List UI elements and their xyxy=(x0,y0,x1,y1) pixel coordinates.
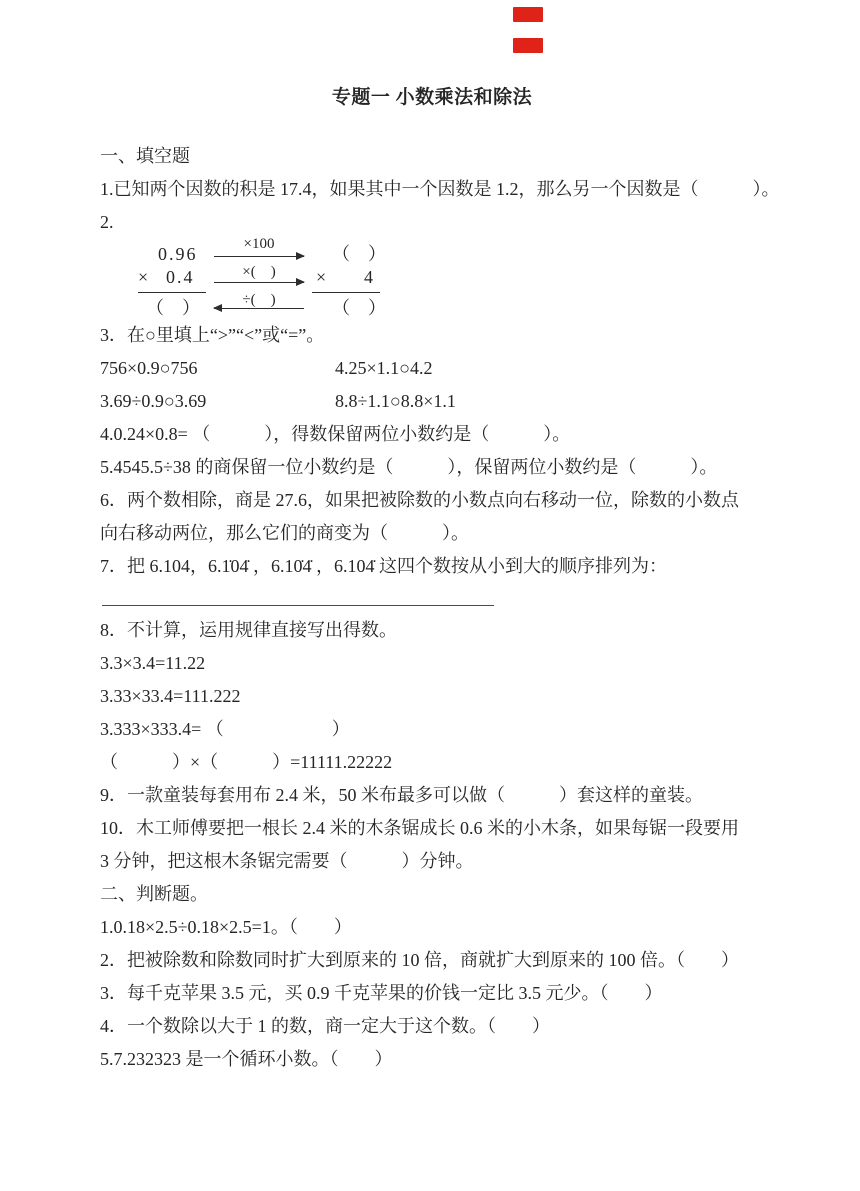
red-marker-bottom xyxy=(513,38,543,53)
diagram-left-rule xyxy=(138,292,206,293)
diagram-arrow3-label: ÷( ) xyxy=(211,293,307,307)
section-fill-heading: 一、填空题 xyxy=(100,140,764,173)
fill-question-9: 9．一款童装每套用布 2.4 米，50 米布最多可以做（ ）套这样的童装。 xyxy=(100,779,764,812)
diagram-right-multiply-sign: × xyxy=(316,270,326,284)
fill-question-1: 1.已知两个因数的积是 17.4，如果其中一个因数是 1.2，那么另一个因数是（… xyxy=(100,173,764,206)
fill-question-6-line1: 6．两个数相除，商是 27.6，如果把被除数的小数点向右移动一位，除数的小数点 xyxy=(100,484,764,517)
pattern-equation: 3.333×333.4= （ ） xyxy=(100,713,764,746)
diagram-multiplier: 0.4 xyxy=(166,270,195,284)
pattern-equation: 3.3×3.4=11.22 xyxy=(100,647,764,680)
comparison-item: 8.8÷1.1○8.8×1.1 xyxy=(335,385,456,418)
judge-question-3: 3．每千克苹果 3.5 元，买 0.9 千克苹果的价钱一定比 3.5 元少。（ … xyxy=(100,977,764,1010)
arrow-left-icon xyxy=(214,308,304,309)
page-title: 专题一 小数乘法和除法 xyxy=(100,86,764,110)
comparison-item: 756×0.9○756 xyxy=(100,352,335,385)
comparison-row: 3.69÷0.9○3.69 8.8÷1.1○8.8×1.1 xyxy=(100,385,764,418)
pattern-equation: （ ）×（ ）=11111.22222 xyxy=(100,746,764,779)
fill-question-2-label: 2. xyxy=(100,206,764,239)
fill-question-10-line2: 3 分钟，把这根木条锯完需要（ ）分钟。 xyxy=(100,845,764,878)
diagram-arrow1-label: ×100 xyxy=(211,237,307,251)
fill-question-4: 4.0.24×0.8= （ ），得数保留两位小数约是（ ）。 xyxy=(100,418,764,451)
judge-question-2: 2．把被除数和除数同时扩大到原来的 10 倍，商就扩大到原来的 100 倍。（ … xyxy=(100,944,764,977)
pattern-equation: 3.33×33.4=111.222 xyxy=(100,680,764,713)
arrow-right-icon xyxy=(214,256,304,257)
judge-question-5: 5.7.232323 是一个循环小数。（ ） xyxy=(100,1043,764,1076)
diagram-left-result-blank: （ ） xyxy=(146,301,200,315)
comparison-row: 756×0.9○756 4.25×1.1○4.2 xyxy=(100,352,764,385)
diagram-right-rule xyxy=(312,292,380,293)
red-marker-top xyxy=(513,7,543,22)
diagram-multiplicand: 0.96 xyxy=(158,247,198,261)
fill-question-8-head: 8．不计算，运用规律直接写出得数。 xyxy=(100,614,764,647)
fill-question-3-head: 3．在○里填上“>”“<”或“=”。 xyxy=(100,319,764,352)
comparison-item: 4.25×1.1○4.2 xyxy=(335,352,433,385)
fill-question-6-line2: 向右移动两位，那么它们的商变为（ ）。 xyxy=(100,517,764,550)
section-judge-heading: 二、判断题。 xyxy=(100,878,764,911)
arrow-right-icon xyxy=(214,282,304,283)
judge-question-1: 1.0.18×2.5÷0.18×2.5=1。（ ） xyxy=(100,911,764,944)
worksheet-page: 专题一 小数乘法和除法 一、填空题 1.已知两个因数的积是 17.4，如果其中一… xyxy=(0,0,860,1191)
question-2-diagram: 0.96 × 0.4 （ ） ×100 ×( ) ÷( ) （ ） × 4 （ … xyxy=(138,243,428,315)
judge-question-4: 4．一个数除以大于 1 的数，商一定大于这个数。（ ） xyxy=(100,1010,764,1043)
diagram-arrow2-label: ×( ) xyxy=(211,265,307,279)
fill-question-7: 7．把 6.104，6.1̇04̇ ，6.10̇4̇ ，6.104̇ 这四个数按… xyxy=(100,550,764,583)
diagram-right-multiplier: 4 xyxy=(364,270,373,284)
answer-blank-line xyxy=(102,583,494,606)
fill-question-5: 5.4545.5÷38 的商保留一位小数约是（ ），保留两位小数约是（ ）。 xyxy=(100,451,764,484)
diagram-right-top-blank: （ ） xyxy=(332,247,386,261)
diagram-right-result-blank: （ ） xyxy=(332,301,386,315)
diagram-multiply-sign: × xyxy=(138,270,148,284)
comparison-item: 3.69÷0.9○3.69 xyxy=(100,385,335,418)
fill-question-10-line1: 10．木工师傅要把一根长 2.4 米的木条锯成长 0.6 米的小木条，如果每锯一… xyxy=(100,812,764,845)
